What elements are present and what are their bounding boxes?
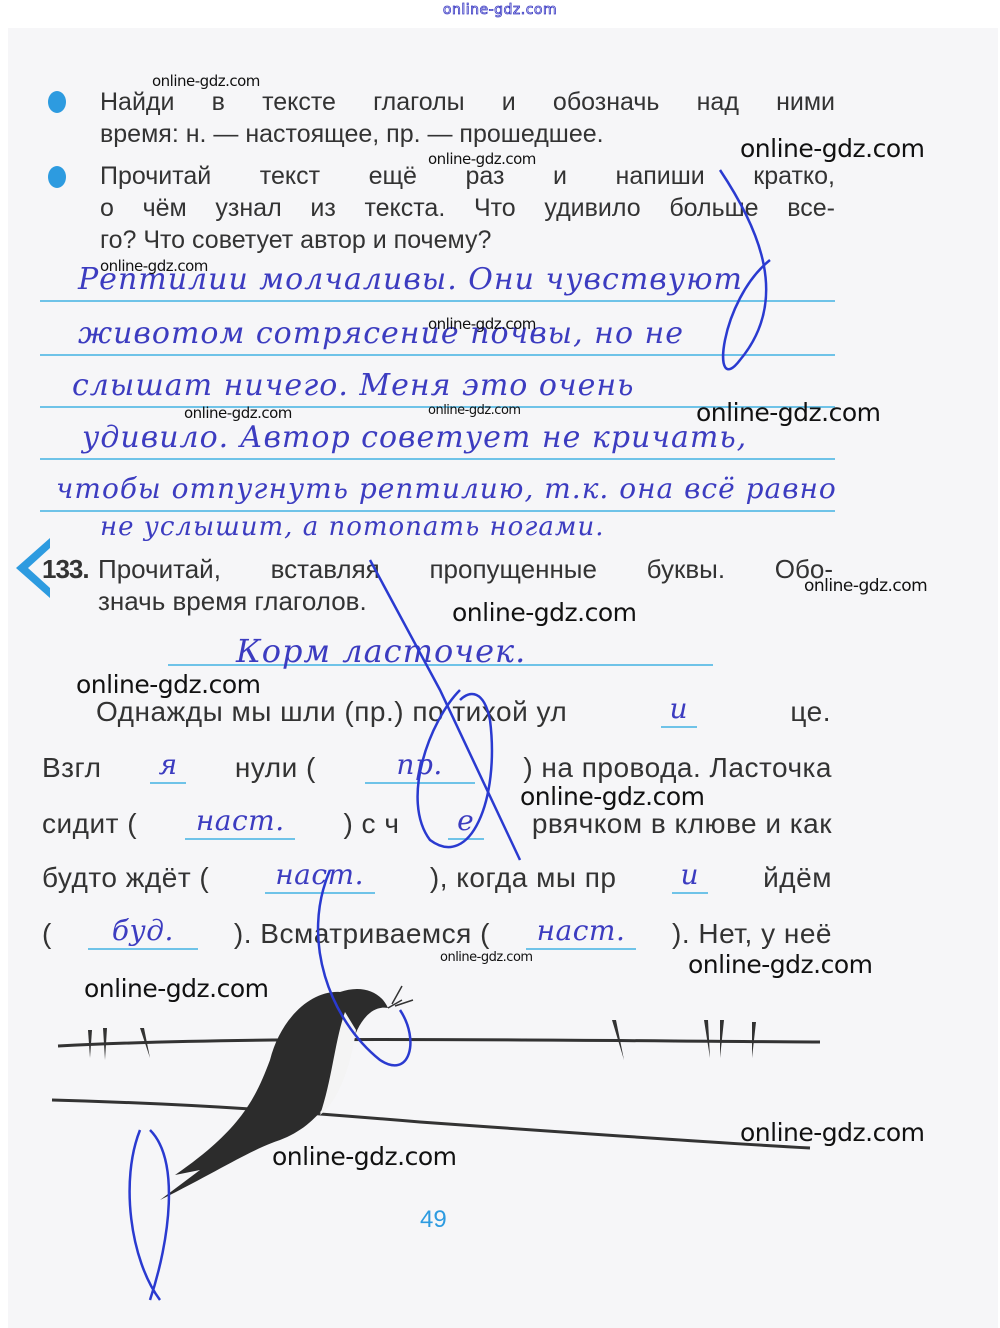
story-text: Однажды мы шли (пр.) по тихой ул <box>96 696 567 728</box>
watermark: online-gdz.com <box>740 134 924 163</box>
watermark: online-gdz.com <box>520 782 704 811</box>
fill-in-blank[interactable]: я <box>150 752 186 784</box>
watermark: online-gdz.com <box>688 950 872 979</box>
story-text: рвячком в клюве и как <box>532 808 832 840</box>
watermark: online-gdz.com <box>100 257 208 275</box>
answer-rule <box>40 458 835 460</box>
fill-in-blank[interactable]: и <box>661 696 697 728</box>
exercise-number: 133. <box>42 554 89 585</box>
story-line: (буд.). Всматриваемся (наст.). Нет, у не… <box>42 918 832 950</box>
story-text: Взгл <box>42 752 101 784</box>
task-1-text: Найди в тексте глаголы и обозначь над ни… <box>100 86 835 150</box>
fill-in-blank[interactable]: наст. <box>526 918 636 950</box>
answer-line: удивило. Автор советует не кричать, <box>82 420 747 455</box>
answer-line: не услышит, а потопать ногами. <box>100 512 605 542</box>
handwritten-title: Корм ласточек. <box>236 632 526 670</box>
watermark: online-gdz.com <box>428 403 521 418</box>
page-number: 49 <box>420 1206 447 1234</box>
watermark: online-gdz.com <box>804 576 927 596</box>
watermark: online-gdz.com <box>76 670 260 699</box>
story-text: будто ждёт ( <box>42 862 209 894</box>
watermark: online-gdz.com <box>428 315 536 333</box>
story-line: Однажды мы шли (пр.) по тихой улице. <box>96 696 831 728</box>
answer-line: животом сотрясение почвы, но не <box>78 316 684 351</box>
story-text: нули ( <box>235 752 316 784</box>
watermark: online-gdz.com <box>740 1118 924 1147</box>
watermark: online-gdz.com <box>272 1142 456 1171</box>
watermark: online-gdz.com <box>428 150 536 168</box>
watermark: online-gdz.com <box>184 404 292 422</box>
story-text: ). Нет, у неё <box>672 918 832 950</box>
story-text: сидит ( <box>42 808 137 840</box>
story-text: ), когда мы пр <box>430 862 617 894</box>
story-line: сидит (наст.) с червячком в клюве и как <box>42 808 832 840</box>
watermark: online-gdz.com <box>152 72 260 90</box>
answer-line: слышат ничего. Меня это очень <box>72 368 634 403</box>
story-line: будто ждёт (наст.), когда мы прийдём <box>42 862 832 894</box>
fill-in-blank[interactable]: наст. <box>185 808 295 840</box>
watermark: online-gdz.com <box>440 950 533 965</box>
top-watermark: online-gdz.com <box>0 2 1000 18</box>
story-text: це. <box>790 696 831 728</box>
fill-in-blank[interactable]: е <box>448 808 484 840</box>
story-text: ) на провода. Ласточка <box>523 752 832 784</box>
fill-in-blank[interactable]: буд. <box>88 918 198 950</box>
answer-rule <box>40 354 835 356</box>
story-text: ( <box>42 918 52 950</box>
fill-in-blank[interactable]: пр. <box>365 752 475 784</box>
story-text: йдём <box>763 862 832 894</box>
answer-rule <box>40 300 835 302</box>
watermark: online-gdz.com <box>452 598 636 627</box>
fill-in-blank[interactable]: наст. <box>265 862 375 894</box>
story-text: ). Всматриваемся ( <box>234 918 490 950</box>
task-bullet <box>48 166 66 188</box>
story-text: ) с ч <box>343 808 399 840</box>
answer-line: чтобы отпугнуть рептилию, т.к. она всё р… <box>56 472 837 505</box>
task-2-text: Прочитай текст ещё раз и напиши кратко, … <box>100 160 835 256</box>
watermark: online-gdz.com <box>84 974 268 1003</box>
story-line: Взглянули (пр.) на провода. Ласточка <box>42 752 832 784</box>
fill-in-blank[interactable]: и <box>672 862 708 894</box>
watermark: online-gdz.com <box>696 398 880 427</box>
task-bullet <box>48 91 66 113</box>
